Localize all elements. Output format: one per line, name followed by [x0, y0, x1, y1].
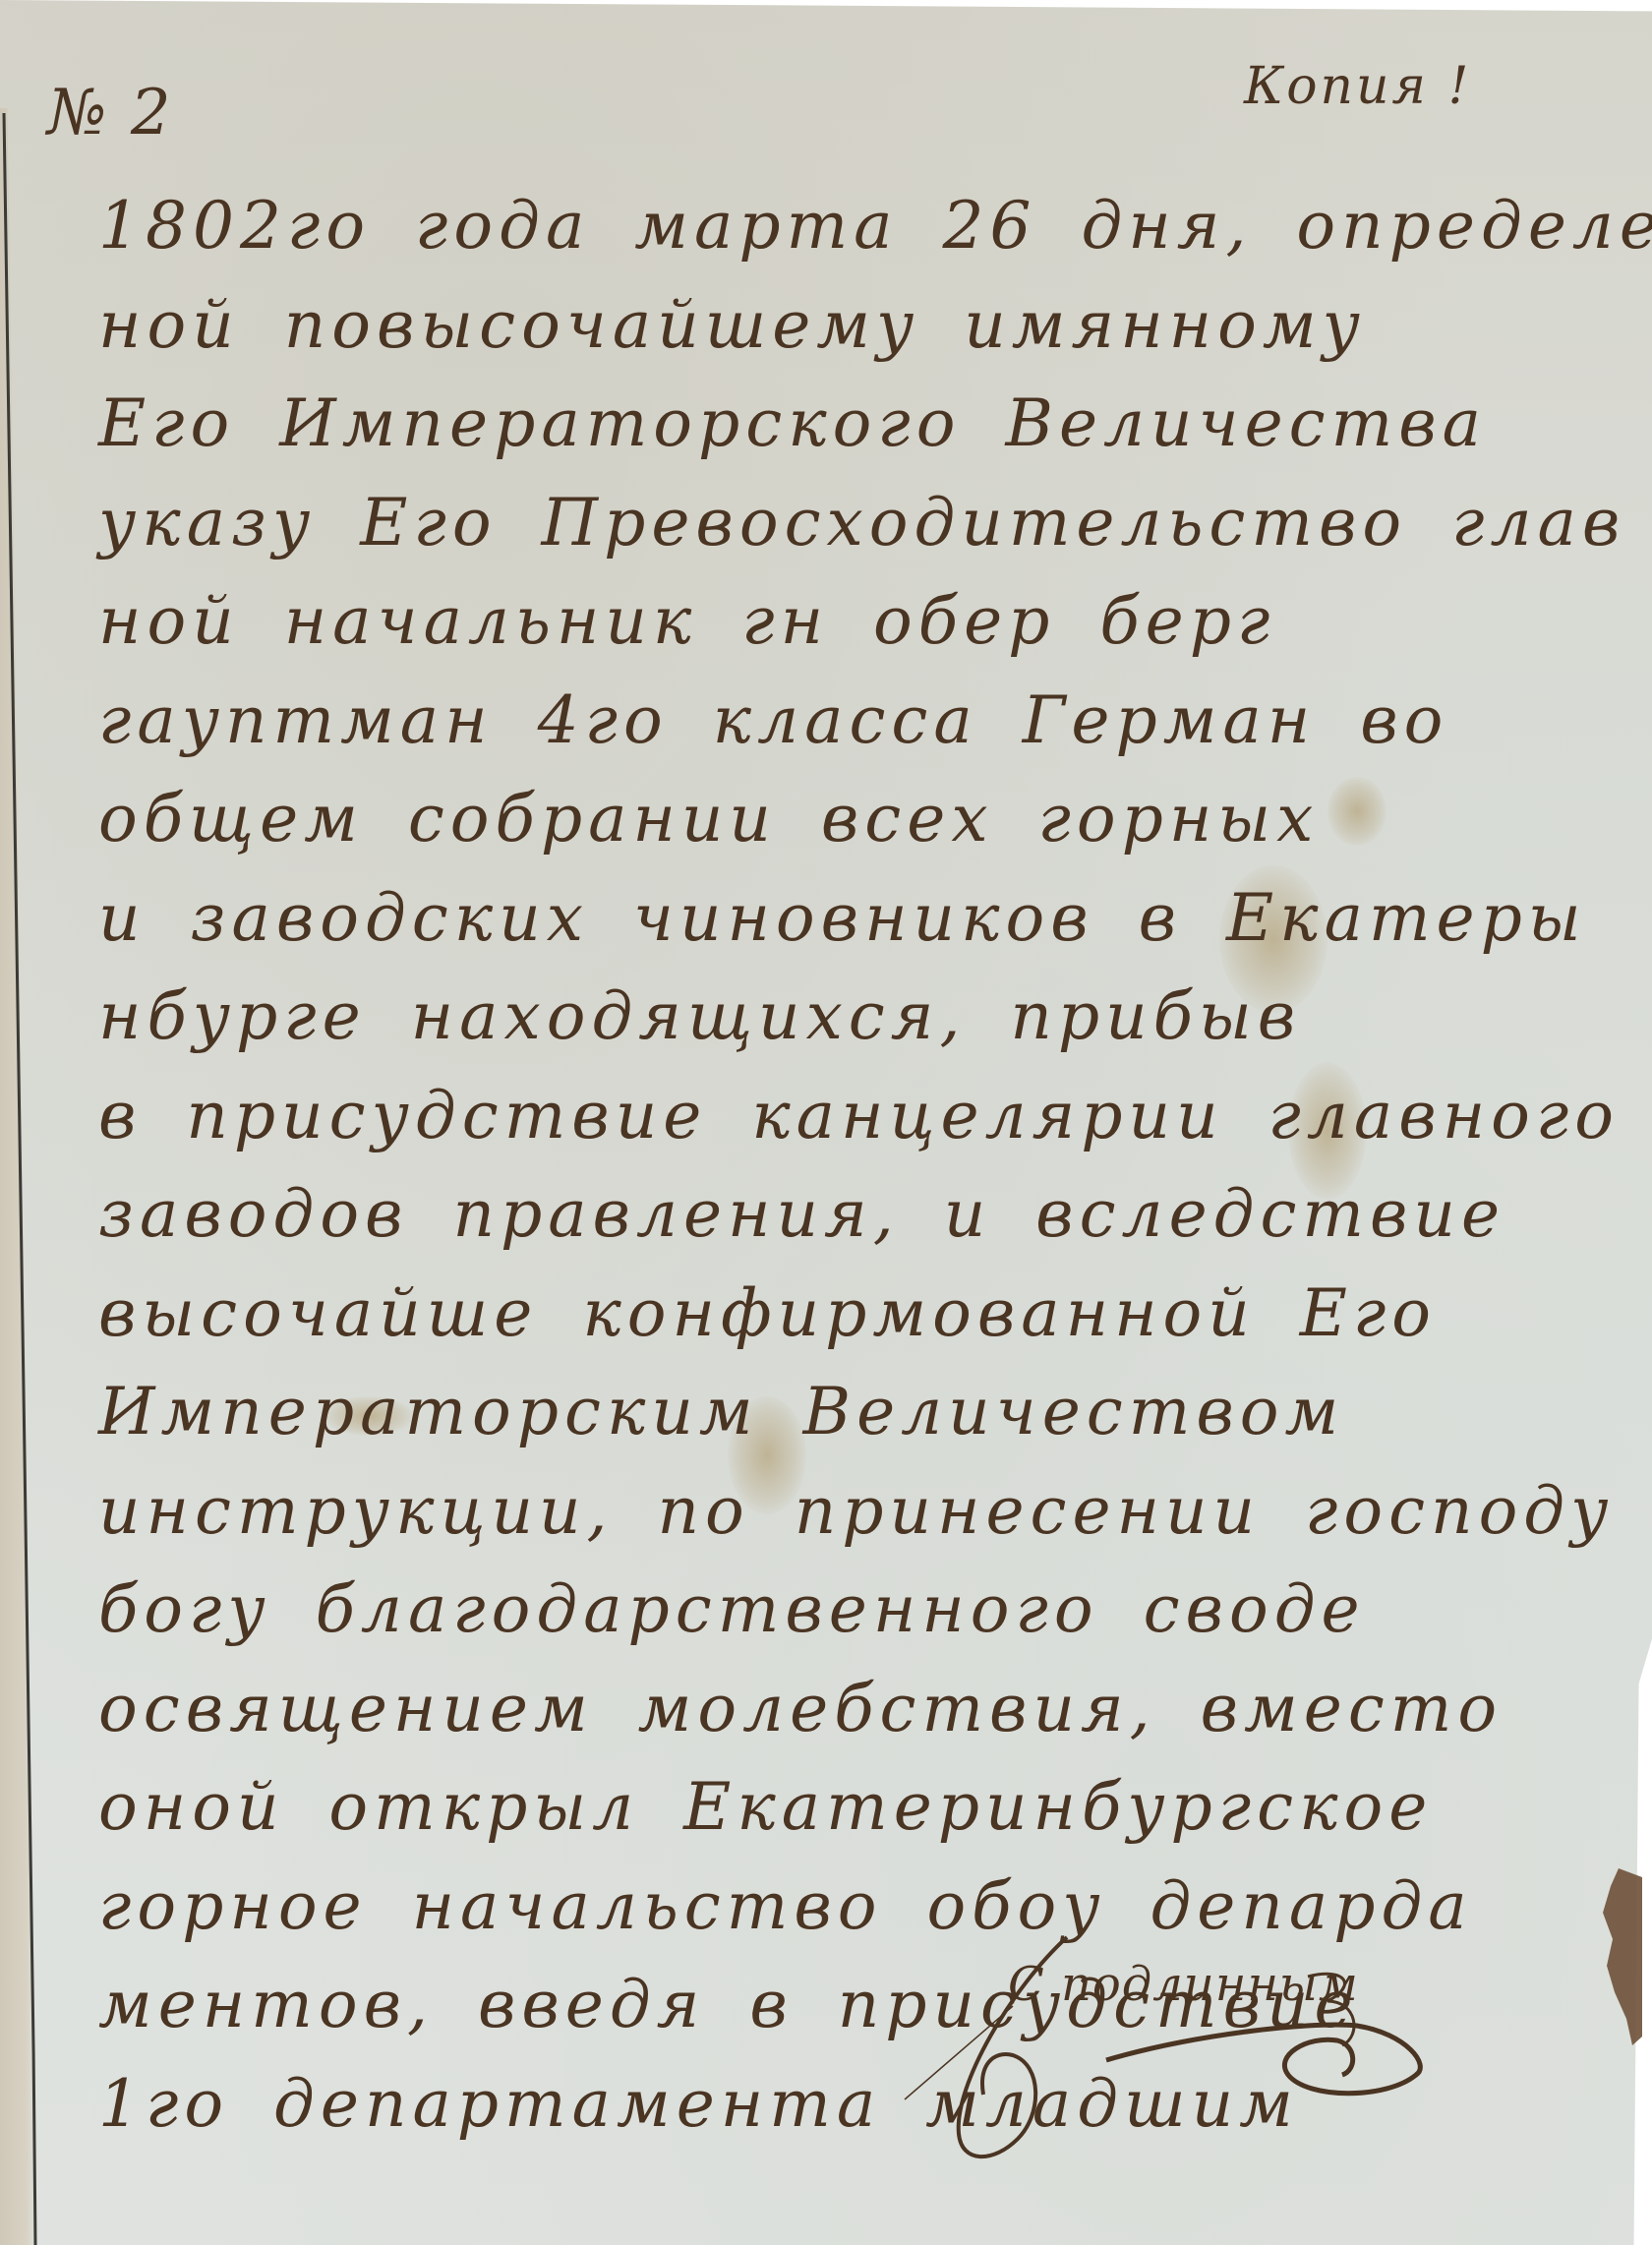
- signature-block: С подлинным: [895, 1927, 1524, 2203]
- page-edge-line: [2, 113, 37, 2245]
- text-line: ной начальник гн обер берг: [98, 572, 1593, 672]
- text-line: Императорским Величеством: [98, 1363, 1593, 1462]
- text-line: указу Его Превосходительство глав: [98, 474, 1593, 573]
- text-line: освящением молебствия, вместо: [98, 1660, 1593, 1759]
- text-line: богу благодарственного своде: [98, 1561, 1593, 1660]
- text-line: общем собрании всех горных: [98, 770, 1593, 869]
- text-line: в присудствие канцелярии главного: [98, 1067, 1593, 1166]
- manuscript-body: 1802го года марта 26 дня, определен ной …: [98, 177, 1593, 2154]
- text-line: гауптман 4го класса Герман во: [98, 672, 1593, 771]
- text-line: нбурге находящихся, прибыв: [98, 968, 1593, 1067]
- text-line: и заводских чиновников в Екатеры: [98, 869, 1593, 969]
- text-line: высочайше конфирмованной Его: [98, 1265, 1593, 1364]
- text-line: ной повысочайшему имянному: [98, 276, 1593, 376]
- copy-label: Копия !: [1244, 57, 1471, 116]
- text-line: оной открыл Екатеринбургское: [98, 1758, 1593, 1858]
- document-number: № 2: [47, 77, 173, 149]
- text-line: заводов правления, и вследствие: [98, 1165, 1593, 1265]
- signature-text: С подлинным: [1008, 1957, 1359, 2012]
- text-line: инструкции, по принесении господу: [98, 1462, 1593, 1562]
- manuscript-scan: № 2 Копия ! 1802го года марта 26 дня, оп…: [0, 0, 1652, 2245]
- text-line: 1802го года марта 26 дня, определен: [98, 177, 1593, 276]
- text-line: Его Императорского Величества: [98, 375, 1593, 474]
